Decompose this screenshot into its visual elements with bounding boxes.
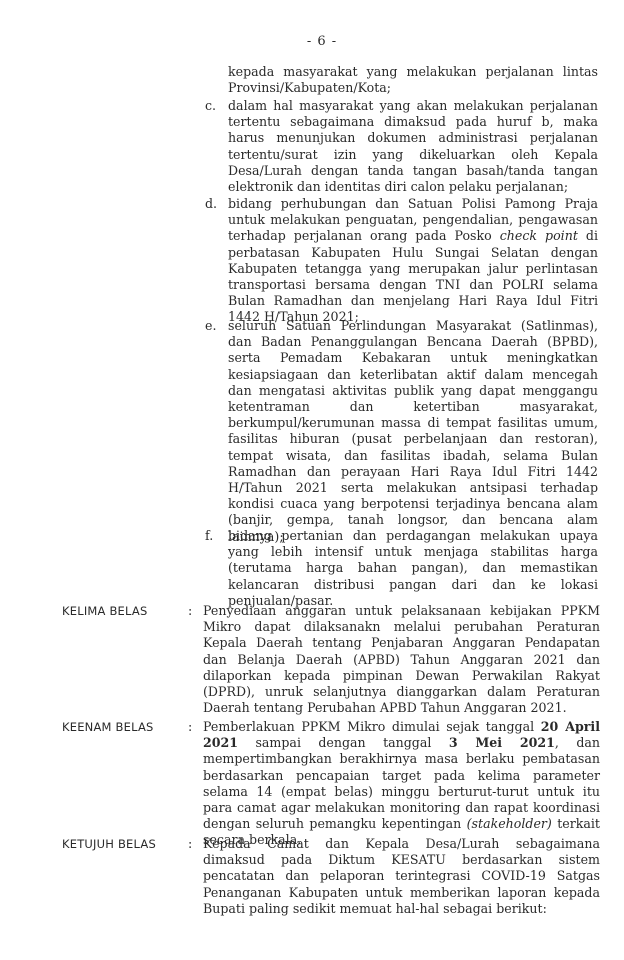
diktum-kelima-belas: KELIMA BELAS : Penyediaan anggaran untuk… (62, 603, 600, 716)
page-number: - 6 - (0, 34, 624, 49)
list-marker: c. (205, 98, 216, 114)
list-marker: e. (205, 318, 216, 334)
end-date: 3 Mei 2021 (449, 735, 555, 750)
list-marker: f. (205, 528, 213, 544)
diktum-colon: : (188, 603, 192, 619)
continuation-text: kepada masyarakat yang melakukan perjala… (228, 64, 598, 96)
text-run: Pemberlakuan PPKM Mikro dimulai sejak ta… (203, 719, 541, 734)
list-item-text: bidang pertanian dan perdagangan melakuk… (228, 528, 598, 609)
list-item-text: bidang perhubungan dan Satuan Polisi Pam… (228, 196, 598, 326)
list-item-f: f. bidang pertanian dan perdagangan mela… (205, 528, 598, 609)
diktum-colon: : (188, 719, 192, 735)
diktum-ketujuh-belas: KETUJUH BELAS : Kepada Camat dan Kepala … (62, 836, 600, 917)
diktum-label: KEENAM BELAS (62, 719, 154, 735)
diktum-colon: : (188, 836, 192, 852)
list-item-text: dalam hal masyarakat yang akan melakukan… (228, 98, 598, 195)
list-item-text: seluruh Satuan Perlindungan Masyarakat (… (228, 318, 598, 545)
list-item-c: c. dalam hal masyarakat yang akan melaku… (205, 98, 598, 195)
list-item-d: d. bidang perhubungan dan Satuan Polisi … (205, 196, 598, 326)
diktum-text: Penyediaan anggaran untuk pelaksanaan ke… (203, 603, 600, 716)
diktum-label: KELIMA BELAS (62, 603, 147, 619)
list-marker: d. (205, 196, 217, 212)
diktum-text: Pemberlakuan PPKM Mikro dimulai sejak ta… (203, 719, 600, 849)
diktum-label: KETUJUH BELAS (62, 836, 156, 852)
list-item-e: e. seluruh Satuan Perlindungan Masyaraka… (205, 318, 598, 545)
italic-term: check point (500, 228, 578, 243)
text-run: sampai dengan tanggal (238, 735, 449, 750)
diktum-keenam-belas: KEENAM BELAS : Pemberlakuan PPKM Mikro d… (62, 719, 600, 849)
italic-term: (stakeholder) (467, 816, 552, 831)
diktum-text: Kepada Camat dan Kepala Desa/Lurah sebag… (203, 836, 600, 917)
